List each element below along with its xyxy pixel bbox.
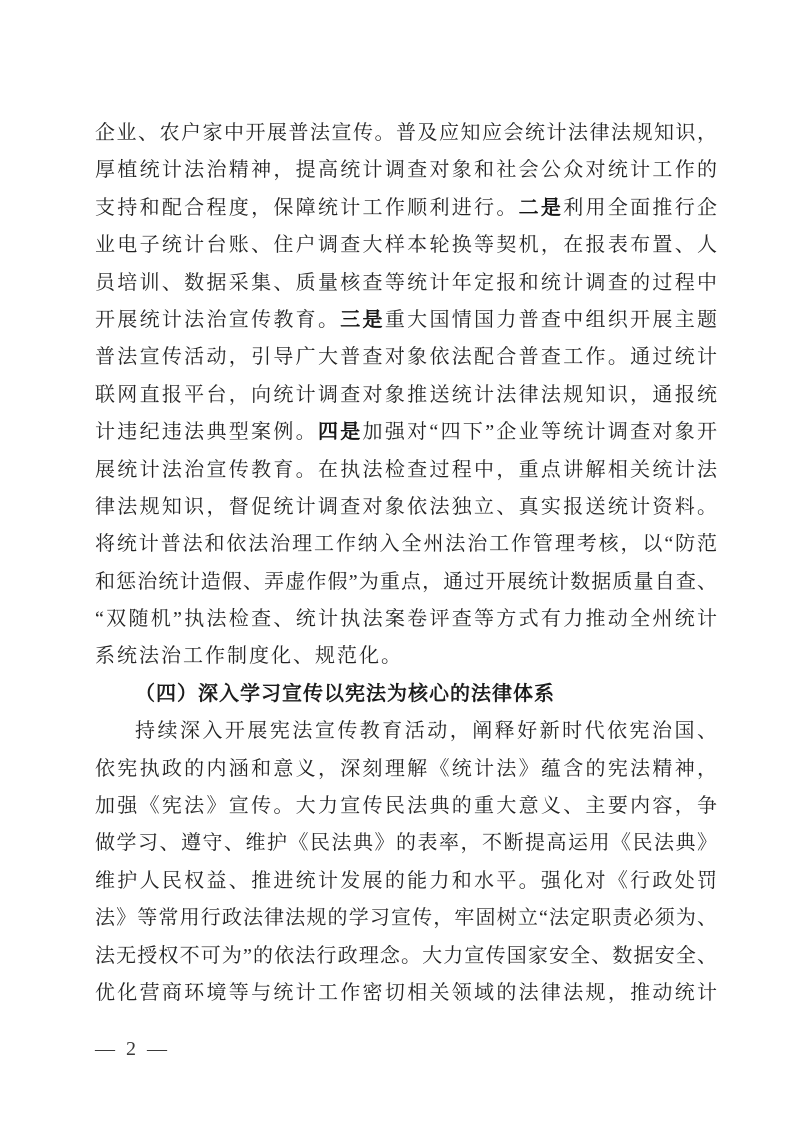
text-line: 法无授权不可为”的依法行政理念。大力宣传国家安全、数据安全、	[95, 938, 717, 975]
text-segment: 将统计普法和依法治理工作纳入全州法治工作管理考核，以“防范	[95, 533, 717, 555]
text-line: 法》等常用行政法律法规的学习宣传，牢固树立“法定职责必须为、	[95, 900, 717, 937]
bold-emphasis: 二是	[519, 197, 564, 219]
page-number: — 2 —	[95, 1034, 170, 1064]
text-line: 优化营商环境等与统计工作密切相关领域的法律法规，推动统计	[95, 975, 717, 1012]
text-segment: 利用全面推行企	[563, 197, 717, 219]
text-line: 加强《宪法》宣传。大力宣传民法典的重大意义、主要内容，争	[95, 788, 717, 825]
section-heading: （四）深入学习宣传以宪法为核心的法律体系	[95, 676, 717, 713]
text-segment: 厚植统计法治精神，提高统计调查对象和社会公众对统计工作的	[95, 159, 717, 181]
text-line: 支持和配合程度，保障统计工作顺利进行。二是利用全面推行企	[95, 190, 717, 227]
text-segment: 业电子统计台账、住户调查大样本轮换等契机，在报表布置、人	[95, 234, 717, 256]
bold-emphasis: 三是	[340, 309, 385, 331]
text-line: 展统计法治宣传教育。在执法检查过程中，重点讲解相关统计法	[95, 452, 717, 489]
text-segment: 依宪执政的内涵和意义，深刻理解《统计法》蕴含的宪法精神，	[95, 758, 717, 780]
text-line: 律法规知识，督促统计调查对象依法独立、真实报送统计资料。	[95, 489, 717, 526]
text-segment: 和惩治统计造假、弄虚作假”为重点，通过开展统计数据质量自查、	[95, 571, 717, 593]
text-segment: 重大国情国力普查中组织开展主题	[385, 309, 717, 331]
text-line: 业电子统计台账、住户调查大样本轮换等契机，在报表布置、人	[95, 227, 717, 264]
text-line: 做学习、遵守、维护《民法典》的表率，不断提高运用《民法典》	[95, 825, 717, 862]
text-segment: 系统法治工作制度化、规范化。	[95, 645, 403, 667]
text-line: 员培训、数据采集、质量核查等统计年定报和统计调查的过程中	[95, 265, 717, 302]
text-segment: 开展统计法治宣传教育。	[95, 309, 340, 331]
text-segment: 支持和配合程度，保障统计工作顺利进行。	[95, 197, 519, 219]
text-segment: 律法规知识，督促统计调查对象依法独立、真实报送统计资料。	[95, 496, 717, 518]
page-number-label: — 2 —	[95, 1038, 170, 1060]
text-segment: 加强对“四下”企业等统计调查对象开	[363, 421, 717, 443]
text-line: 计违纪违法典型案例。四是加强对“四下”企业等统计调查对象开	[95, 414, 717, 451]
text-segment: 维护人民权益、推进统计发展的能力和水平。强化对《行政处罚	[95, 870, 717, 892]
text-line: 开展统计法治宣传教育。三是重大国情国力普查中组织开展主题	[95, 302, 717, 339]
text-line: 普法宣传活动，引导广大普查对象依法配合普查工作。通过统计	[95, 339, 717, 376]
text-line: 企业、农户家中开展普法宣传。普及应知应会统计法律法规知识，	[95, 115, 717, 152]
text-segment: 优化营商环境等与统计工作密切相关领域的法律法规，推动统计	[95, 982, 717, 1004]
text-segment: 展统计法治宣传教育。在执法检查过程中，重点讲解相关统计法	[95, 459, 717, 481]
text-segment: 法》等常用行政法律法规的学习宣传，牢固树立“法定职责必须为、	[95, 907, 717, 929]
text-line: 将统计普法和依法治理工作纳入全州法治工作管理考核，以“防范	[95, 526, 717, 563]
text-segment: （四）深入学习宣传以宪法为核心的法律体系	[135, 683, 555, 705]
text-segment: 加强《宪法》宣传。大力宣传民法典的重大意义、主要内容，争	[95, 795, 717, 817]
text-line: 和惩治统计造假、弄虚作假”为重点，通过开展统计数据质量自查、	[95, 564, 717, 601]
text-segment: 普法宣传活动，引导广大普查对象依法配合普查工作。通过统计	[95, 346, 717, 368]
text-segment: 员培训、数据采集、质量核查等统计年定报和统计调查的过程中	[95, 272, 717, 294]
document-body: 企业、农户家中开展普法宣传。普及应知应会统计法律法规知识，厚植统计法治精神，提高…	[95, 115, 717, 1012]
text-segment: 计违纪违法典型案例。	[95, 421, 318, 443]
text-line: 联网直报平台，向统计调查对象推送统计法律法规知识，通报统	[95, 377, 717, 414]
text-line: “双随机”执法检查、统计执法案卷评查等方式有力推动全州统计	[95, 601, 717, 638]
text-segment: 联网直报平台，向统计调查对象推送统计法律法规知识，通报统	[95, 384, 717, 406]
text-line: 依宪执政的内涵和意义，深刻理解《统计法》蕴含的宪法精神，	[95, 751, 717, 788]
text-line: 厚植统计法治精神，提高统计调查对象和社会公众对统计工作的	[95, 152, 717, 189]
document-page: 企业、农户家中开展普法宣传。普及应知应会统计法律法规知识，厚植统计法治精神，提高…	[0, 0, 793, 1122]
text-segment: 企业、农户家中开展普法宣传。普及应知应会统计法律法规知识，	[95, 122, 717, 144]
text-line: 维护人民权益、推进统计发展的能力和水平。强化对《行政处罚	[95, 863, 717, 900]
bold-emphasis: 四是	[318, 421, 363, 443]
text-line: 系统法治工作制度化、规范化。	[95, 638, 717, 675]
text-segment: 持续深入开展宪法宣传教育活动，阐释好新时代依宪治国、	[135, 720, 717, 742]
text-segment: 法无授权不可为”的依法行政理念。大力宣传国家安全、数据安全、	[95, 945, 717, 967]
text-segment: “双随机”执法检查、统计执法案卷评查等方式有力推动全州统计	[95, 608, 717, 630]
text-segment: 做学习、遵守、维护《民法典》的表率，不断提高运用《民法典》	[95, 832, 717, 854]
text-line: 持续深入开展宪法宣传教育活动，阐释好新时代依宪治国、	[95, 713, 717, 750]
